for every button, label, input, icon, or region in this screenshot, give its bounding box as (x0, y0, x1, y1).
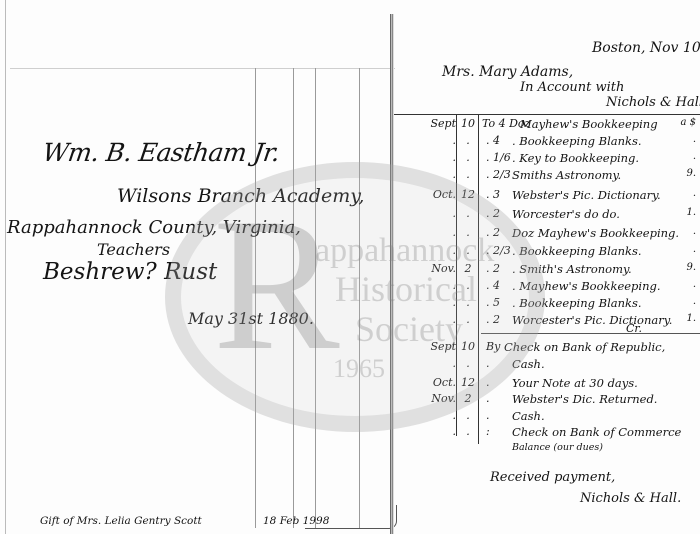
gift-note: Gift of Mrs. Lelia Gentry Scott (40, 515, 202, 527)
ledger-row: Oct.12. 3Webster's Pic. Dictionary.. (394, 188, 700, 205)
ledger-row: ... 5. Bookkeeping Blanks.. (394, 296, 700, 313)
credit-heading: Cr. (626, 322, 642, 335)
ledger-row: ... 2Doz Mayhew's Bookkeeping.. (394, 226, 700, 243)
column-line (359, 68, 360, 528)
ledger-row: Nov.2.Webster's Dic. Returned. (394, 392, 700, 409)
ledger-row: Sept10To 4 DozMayhew's Bookkeepinga $ (394, 117, 700, 134)
vendor-name: Nichols & Hall (606, 95, 700, 110)
ledger-row: ... 4. Mayhew's Bookkeeping.. (394, 279, 700, 296)
section-divider (481, 333, 700, 334)
ledger-row: Oct.12.Your Note at 30 days. (394, 376, 700, 393)
ledger-row: Sept10ByCheck on Bank of Republic, (394, 340, 700, 357)
school-name: Wilsons Branch Academy, (117, 185, 364, 207)
location: Rappahannock County, Virginia, (7, 217, 301, 238)
left-page: Wm. B. Eastham Jr. Wilsons Branch Academ… (5, 0, 393, 534)
role-label: Teachers (97, 240, 170, 259)
customer-name: Mrs. Mary Adams, (442, 64, 573, 80)
ledger-row: ... 2/3Smiths Astronomy.9. (394, 168, 700, 185)
ledger-row: ... 4. Bookkeeping Blanks.. (394, 134, 700, 151)
received-payment: Received payment, (490, 470, 615, 485)
page-edge (5, 0, 6, 534)
gift-date: 18 Feb 1998 (263, 515, 329, 527)
right-page-ledger: Boston, Nov 10 Mrs. Mary Adams, In Accou… (394, 0, 700, 534)
header-rule (394, 114, 700, 115)
ledger-row: Balance (our dues) (394, 442, 700, 459)
ledger-row: Nov.2. 2. Smith's Astronomy.9. (394, 262, 700, 279)
ledger-row: ... 2Worcester's do do.1. (394, 207, 700, 224)
column-line (293, 68, 294, 528)
account-line: In Account with (520, 80, 624, 95)
ledger-row: ...Cash. (394, 409, 700, 426)
ledger-row: ..:Check on Bank of Commerce (394, 425, 700, 442)
vendor-signature: Nichols & Hall. (580, 491, 681, 506)
place-date: Boston, Nov 10 (592, 40, 700, 56)
ledger-row: ...Cash. (394, 357, 700, 374)
ruled-line (10, 68, 395, 69)
column-line (315, 68, 316, 528)
addressee-name: Wm. B. Eastham Jr. (41, 138, 282, 167)
letter-date: May 31st 1880. (188, 309, 314, 328)
ledger-row: ... 2Worcester's Pic. Dictionary.1. (394, 313, 700, 330)
scanned-document: Wm. B. Eastham Jr. Wilsons Branch Academ… (0, 0, 700, 534)
trustee-name: Beshrew? Rust (43, 259, 217, 285)
ledger-row: ... 2/3. Bookkeeping Blanks.. (394, 244, 700, 261)
ledger-row: ... 1/6. Key to Bookkeeping.. (394, 151, 700, 168)
column-line (255, 68, 256, 528)
